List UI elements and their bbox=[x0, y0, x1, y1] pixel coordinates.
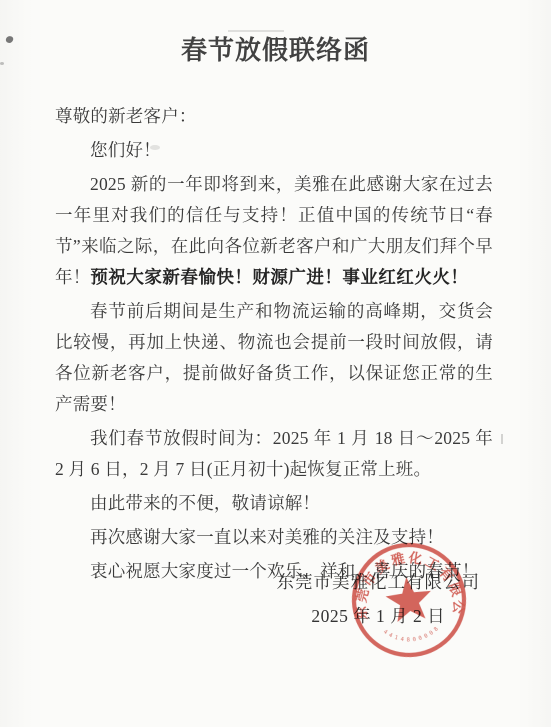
company-name: 东莞市美雅化工有限公司 bbox=[277, 570, 481, 594]
paragraph-apology: 由此带来的不便，敬请谅解！ bbox=[55, 488, 493, 519]
new-year-wishes-bold: 预祝大家新春愉快！财源广进！事业红红火火！ bbox=[90, 267, 468, 287]
paragraph-thanks: 再次感谢大家一直以来对美雅的关注及支持！ bbox=[55, 522, 493, 553]
greeting-line: 您们好！ bbox=[55, 135, 493, 166]
letter-date: 2025 年 1 月 2 日 bbox=[277, 604, 481, 628]
letter-title: 春节放假联络函 bbox=[0, 0, 551, 66]
scan-tick-artifact bbox=[501, 434, 503, 444]
paragraph-intro: 2025 新的一年即将到来，美雅在此感谢大家在过去一年里对我们的信任与支持！正值… bbox=[55, 169, 493, 293]
letter-body: 尊敬的新老客户： 您们好！ 2025 新的一年即将到来，美雅在此感谢大家在过去一… bbox=[55, 101, 493, 590]
paragraph-holiday-dates: 我们春节放假时间为：2025 年 1 月 18 日～2025 年 2 月 6 日… bbox=[55, 423, 493, 485]
salutation: 尊敬的新老客户： bbox=[55, 101, 493, 132]
letter-page: 春节放假联络函 尊敬的新老客户： 您们好！ 2025 新的一年即将到来，美雅在此… bbox=[0, 0, 551, 727]
paragraph-logistics: 春节前后期间是生产和物流运输的高峰期，交货会比较慢，再加上快递、物流也会提前一段… bbox=[55, 296, 493, 420]
signature-block: 东莞市美雅化工有限公司 2025 年 1 月 2 日 bbox=[277, 570, 481, 628]
